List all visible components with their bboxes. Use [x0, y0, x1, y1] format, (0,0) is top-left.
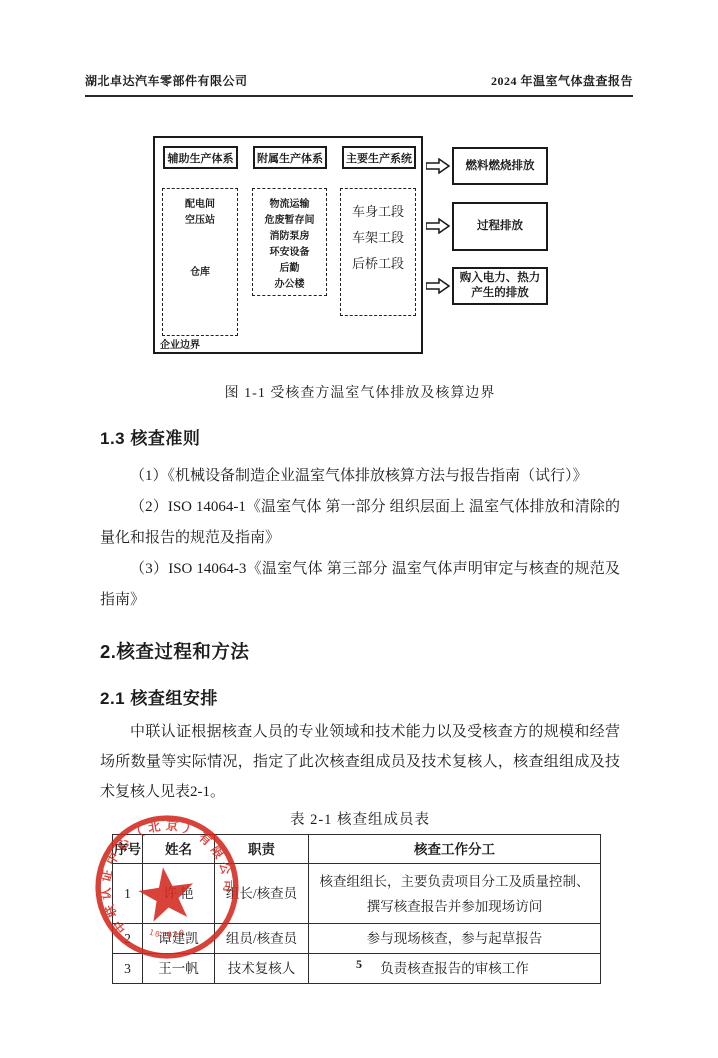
table-header-row: 序号 姓名 职责 核查工作分工	[113, 835, 601, 864]
enterprise-boundary-label: 企业边界	[160, 336, 200, 351]
cell-no: 1	[113, 864, 143, 924]
emission-line: 产生的排放	[471, 286, 529, 301]
body-paragraph: 中联认证根据核查人员的专业领域和技术能力以及受核查方的规模和经营场所数量等实际情…	[100, 717, 620, 807]
citation-item-3: （3）ISO 14064-3《温室气体 第三部分 温室气体声明审定与核查的规范及…	[100, 554, 620, 616]
section-heading-2: 2.核查过程和方法	[100, 638, 620, 664]
item-label: 后勤	[253, 261, 326, 277]
col-header-duty: 核查工作分工	[309, 835, 601, 864]
col-header-name: 姓名	[143, 835, 215, 864]
report-page: { "header": { "left": "湖北卓达汽车零部件有限公司", "…	[0, 0, 718, 1058]
item-label: 办公楼	[253, 277, 326, 293]
attached-items-box: 物流运输 危废暂存间 消防泵房 环安设备 后勤 办公楼	[252, 188, 327, 296]
cell-duty: 参与现场核查，参与起草报告	[309, 924, 601, 954]
header-report-title: 2024 年温室气体盘查报告	[491, 72, 633, 89]
page-header: 湖北卓达汽车零部件有限公司 2024 年温室气体盘查报告	[85, 72, 633, 97]
right-arrow-icon	[426, 158, 450, 174]
main-sections-box: 车身工段 车架工段 后桥工段	[340, 188, 416, 316]
emission-box-fuel: 燃料燃烧排放	[452, 147, 548, 185]
section-heading-2-1: 2.1 核查组安排	[100, 684, 620, 709]
item-label: 空压站	[163, 213, 237, 229]
boundary-diagram: 辅助生产体系 附属生产体系 主要生产系统 配电间 空压站 仓库 物流运输 危废暂…	[150, 130, 570, 366]
figure-caption: 图 1-1 受核查方温室气体排放及核算边界	[100, 382, 620, 402]
item-label: 后桥工段	[341, 251, 415, 277]
item-label: 物流运输	[253, 197, 326, 213]
table-row: 1 许 艳 组长/核查员 核查组组长，主要负责项目分工及质量控制、撰写核查报告并…	[113, 864, 601, 924]
right-arrow-icon	[426, 218, 450, 234]
cell-name: 谭建凯	[143, 924, 215, 954]
main-content: 1.3 核查准则 （1）《机械设备制造企业温室气体排放核算方法与报告指南（试行）…	[100, 414, 620, 984]
item-label: 车架工段	[341, 225, 415, 251]
page-number: 5	[0, 957, 718, 972]
table-row: 2 谭建凯 组员/核查员 参与现场核查，参与起草报告	[113, 924, 601, 954]
column-header-attached: 附属生产体系	[253, 146, 327, 169]
emission-box-process: 过程排放	[452, 202, 548, 251]
col-header-role: 职责	[215, 835, 309, 864]
header-company-name: 湖北卓达汽车零部件有限公司	[85, 72, 248, 89]
emission-box-purchased-energy: 购入电力、热力 产生的排放	[452, 267, 548, 305]
item-label: 仓库	[163, 265, 237, 281]
cell-role: 组长/核查员	[215, 864, 309, 924]
item-label: 危废暂存间	[253, 213, 326, 229]
item-label: 环安设备	[253, 245, 326, 261]
cell-duty: 核查组组长，主要负责项目分工及质量控制、撰写核查报告并参加现场访问	[309, 864, 601, 924]
item-label: 消防泵房	[253, 229, 326, 245]
cell-role: 组员/核查员	[215, 924, 309, 954]
item-label: 配电间	[163, 197, 237, 213]
col-header-no: 序号	[113, 835, 143, 864]
right-arrow-icon	[426, 278, 450, 294]
citation-item-2: （2）ISO 14064-1《温室气体 第一部分 组织层面上 温室气体排放和清除…	[100, 492, 620, 554]
section-heading-1-3: 1.3 核查准则	[100, 424, 620, 449]
item-label: 车身工段	[341, 199, 415, 225]
citation-item-1: （1）《机械设备制造企业温室气体排放核算方法与报告指南（试行）》	[100, 461, 620, 492]
table-caption: 表 2-1 核查组成员表	[100, 808, 620, 832]
column-header-auxiliary: 辅助生产体系	[163, 146, 238, 169]
cell-no: 2	[113, 924, 143, 954]
auxiliary-items-box: 配电间 空压站 仓库	[162, 188, 238, 336]
column-header-main: 主要生产系统	[342, 146, 416, 169]
emission-line: 购入电力、热力	[460, 271, 541, 286]
cell-name: 许 艳	[143, 864, 215, 924]
